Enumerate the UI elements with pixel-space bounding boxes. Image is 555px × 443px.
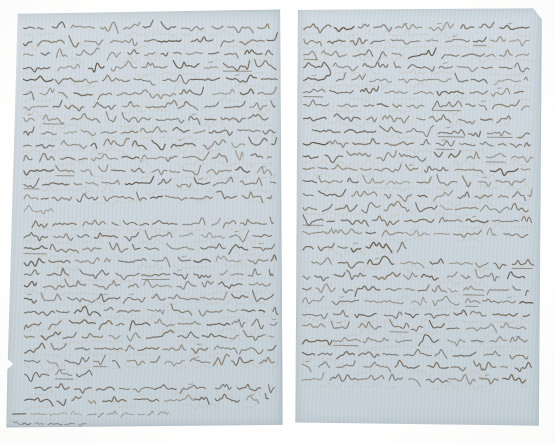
handwriting-ink-left xyxy=(3,10,282,428)
letter-page-left xyxy=(3,10,282,428)
manuscript-photo xyxy=(0,0,555,443)
handwriting-ink-right xyxy=(294,6,542,426)
letter-page-right xyxy=(294,6,542,426)
